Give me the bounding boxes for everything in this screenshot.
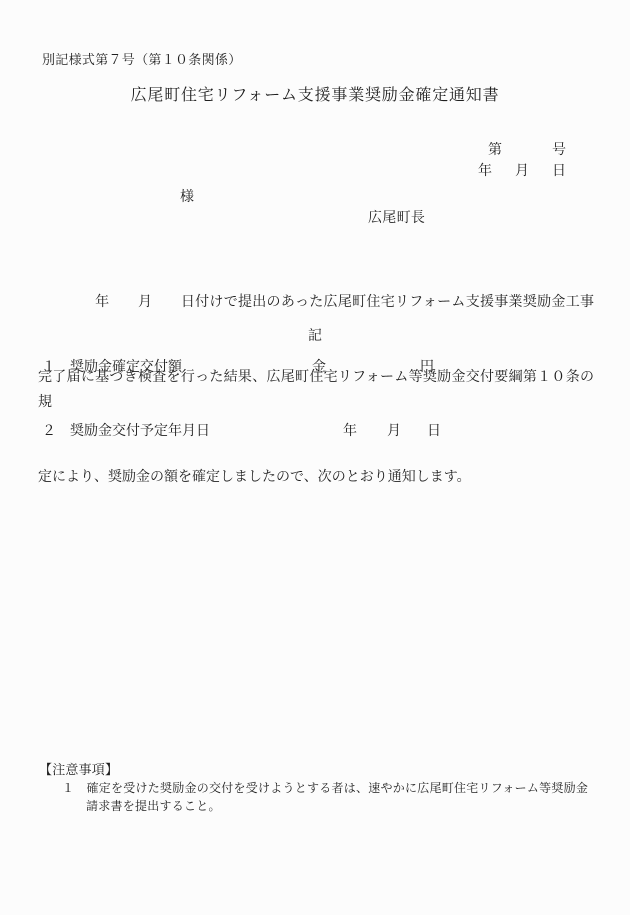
item2-year-label: 年: [343, 420, 357, 440]
body-line-3: 定により、奨励金の額を確定しましたので、次のとおり通知します。: [38, 465, 594, 490]
item2-day-label: 日: [427, 420, 441, 440]
date-year-label: 年: [478, 160, 492, 180]
document-page: 別記様式第７号（第１０条関係） 広尾町住宅リフォーム支援事業奨励金確定通知書 第…: [0, 0, 630, 915]
item2-label: ２ 奨励金交付予定年月日: [42, 420, 210, 440]
recipient-honorific: 様: [180, 186, 194, 206]
record-heading: 記: [0, 325, 630, 345]
body-line-1: 年 月 日付けで提出のあった広尾町住宅リフォーム支援事業奨励金工事: [38, 290, 594, 315]
item1-amount-suffix: 円: [420, 356, 434, 376]
date-day-label: 日: [552, 160, 566, 180]
note-line-2: 請求書を提出すること。: [86, 797, 221, 814]
form-number: 別記様式第７号（第１０条関係）: [42, 49, 242, 68]
item1-label: １ 奨励金確定交付額: [42, 356, 182, 376]
body-paragraph: 年 月 日付けで提出のあった広尾町住宅リフォーム支援事業奨励金工事 完了届に基づ…: [38, 240, 594, 540]
note-line-1: １ 確定を受けた奨励金の交付を受けようとする者は、速やかに広尾町住宅リフォーム等…: [62, 779, 588, 796]
doc-number-suffix: 号: [552, 139, 566, 159]
sender-name: 広尾町長: [368, 207, 425, 227]
item2-month-label: 月: [387, 420, 401, 440]
notes-heading: 【注意事項】: [39, 759, 118, 778]
item1-amount-prefix: 金: [312, 356, 326, 376]
date-month-label: 月: [515, 160, 529, 180]
doc-number-prefix: 第: [488, 139, 502, 159]
document-title: 広尾町住宅リフォーム支援事業奨励金確定通知書: [0, 82, 630, 105]
